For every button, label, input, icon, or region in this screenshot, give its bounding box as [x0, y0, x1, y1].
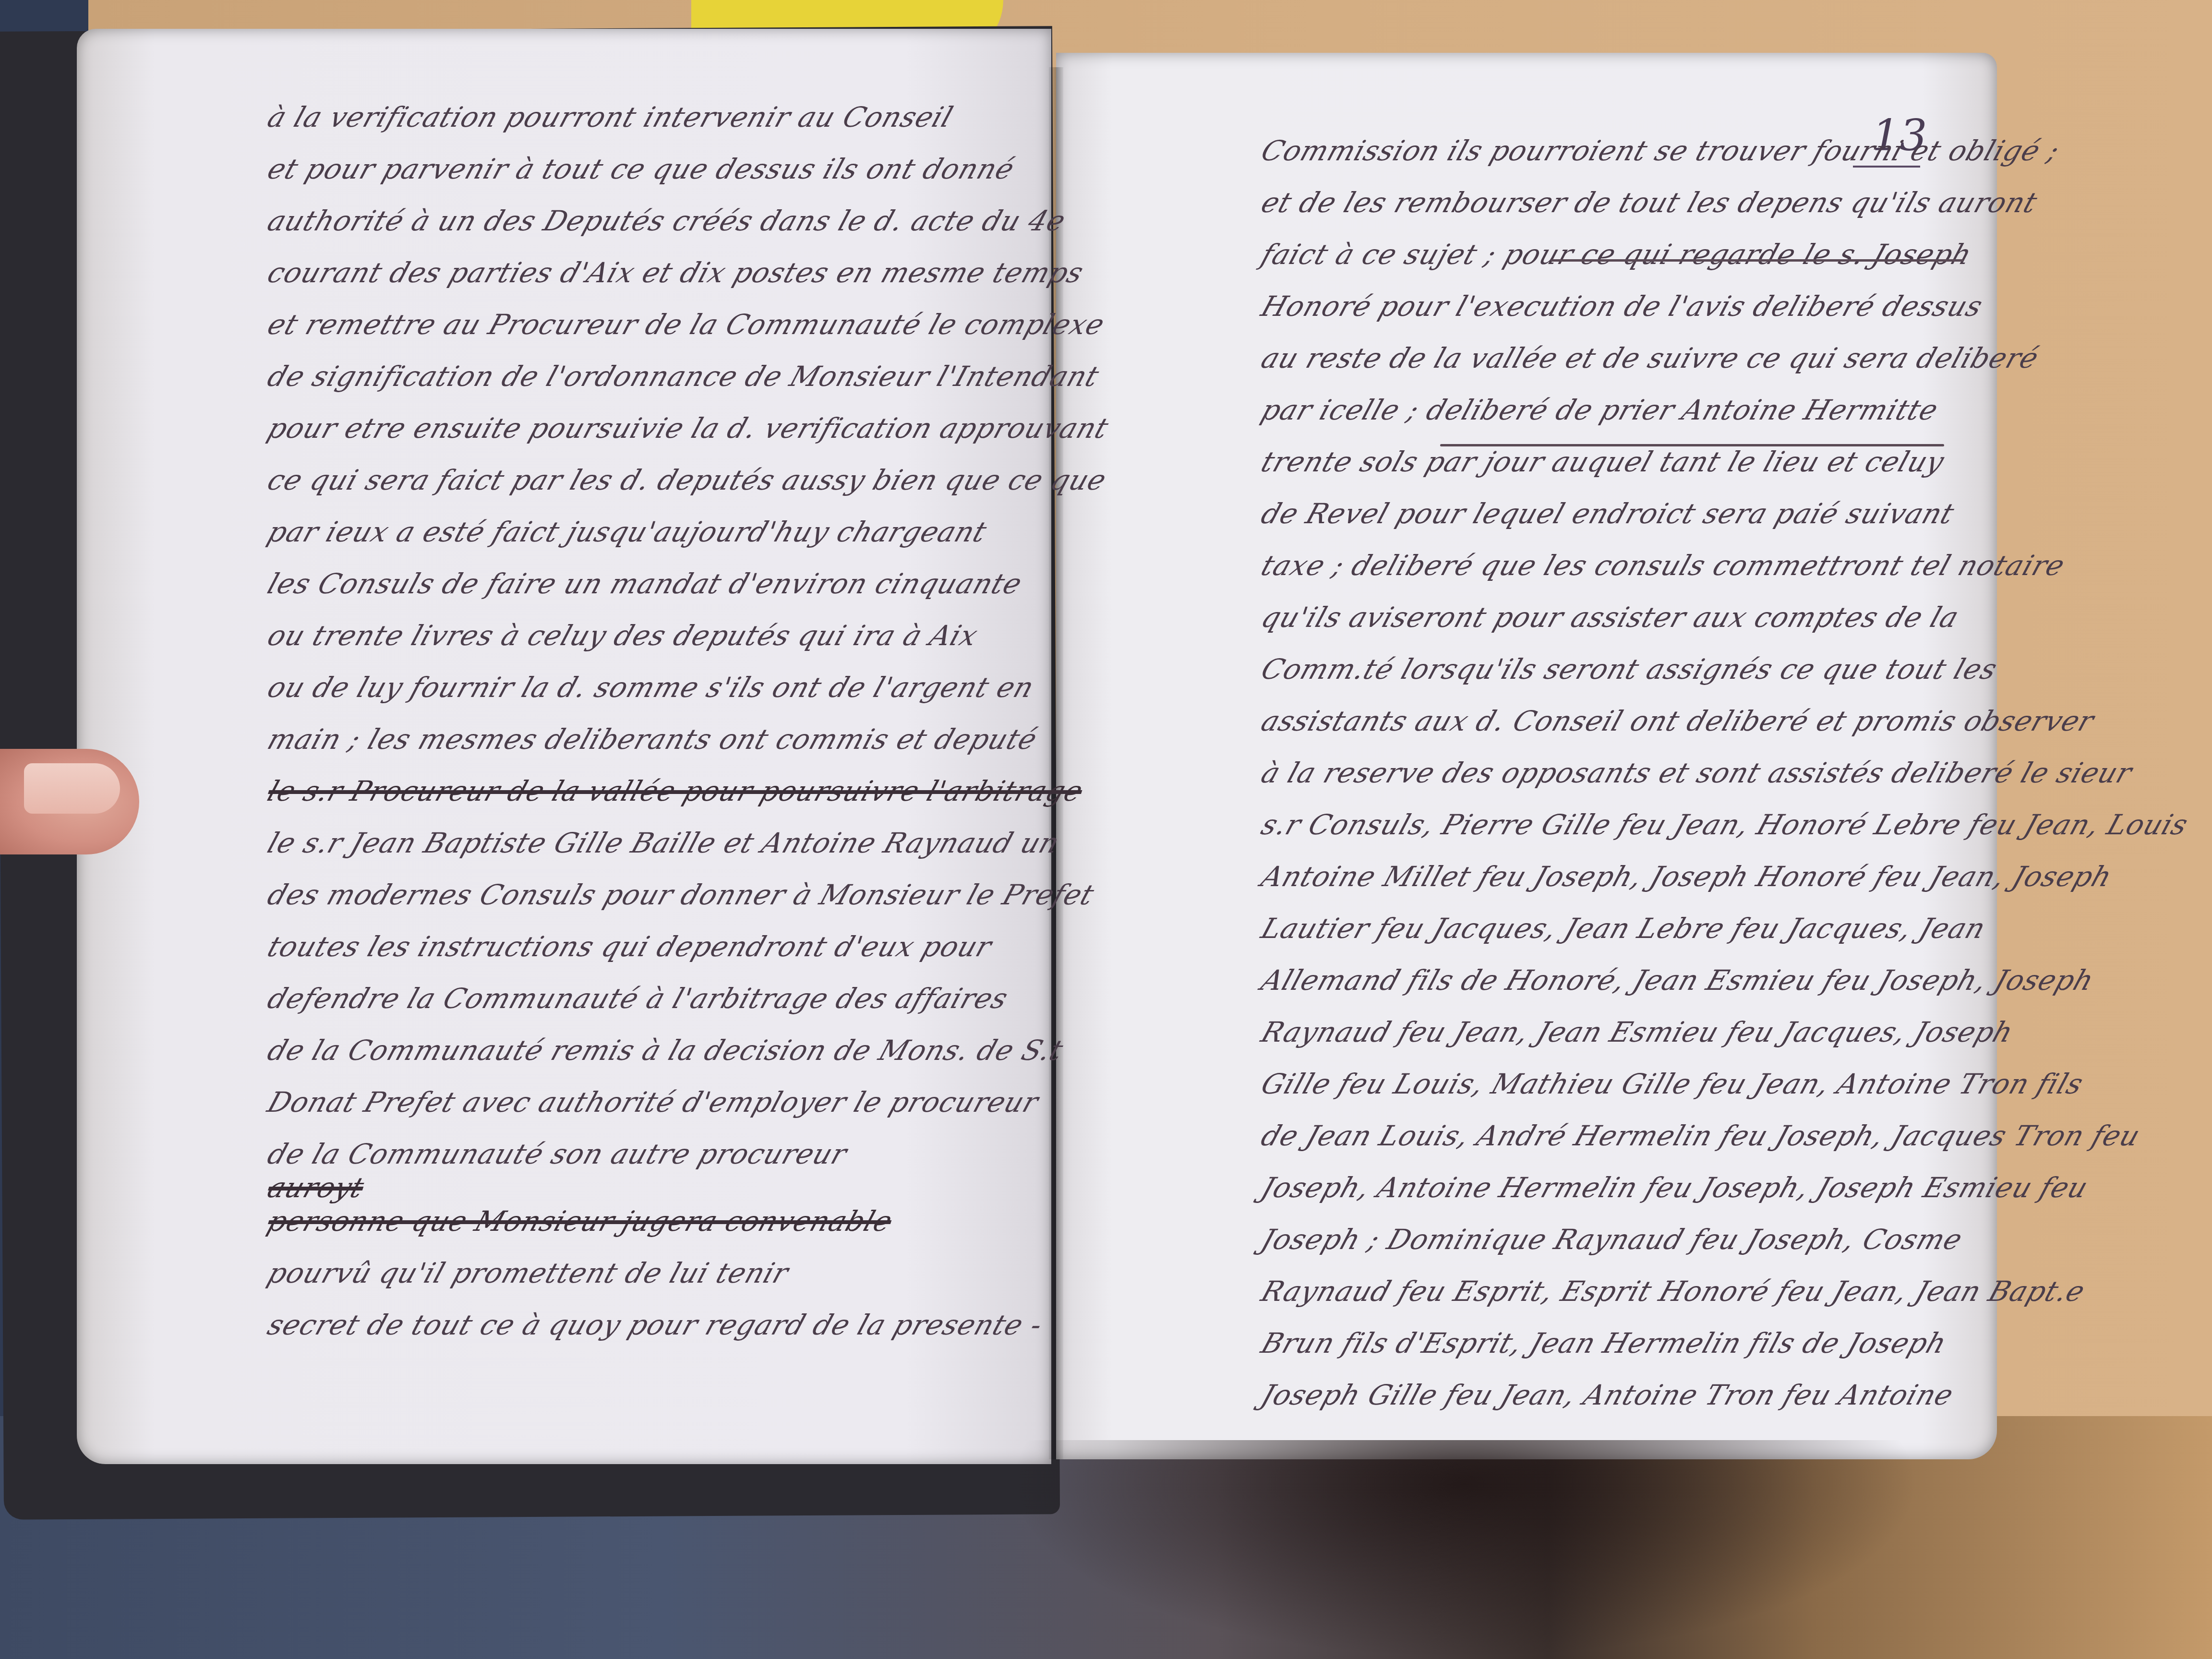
handwritten-line: faict à ce sujet ; pour ce qui regarde l…: [1257, 238, 1976, 271]
ink-underline: [1440, 444, 1944, 446]
handwritten-line: de Jean Louis, André Hermelin feu Joseph…: [1257, 1119, 2144, 1152]
handwritten-line: de signification de l'ordonnance de Mons…: [264, 360, 1104, 393]
handwritten-line: taxe ; deliberé que les consuls commettr…: [1257, 549, 2069, 582]
handwritten-line: le s.r Jean Baptiste Gille Baille et Ant…: [264, 827, 1064, 859]
handwritten-line: de la Communauté son autre procureur: [264, 1138, 852, 1170]
handwritten-line: Honoré pour l'execution de l'avis delibe…: [1257, 290, 1987, 323]
handwritten-line: authorité à un des Deputés créés dans le…: [264, 204, 1070, 237]
handwritten-line: Lautier feu Jacques, Jean Lebre feu Jacq…: [1257, 912, 1990, 945]
handwritten-line: à la reserve des opposants et sont assis…: [1257, 757, 2137, 789]
handwritten-line: de Revel pour lequel endroict sera paié …: [1257, 497, 1959, 530]
handwritten-line: Raynaud feu Jean, Jean Esmieu feu Jacque…: [1257, 1016, 2018, 1048]
handwritten-line: main ; les mesmes deliberants ont commis…: [264, 723, 1042, 756]
handwritten-line: Antoine Millet feu Joseph, Joseph Honoré…: [1257, 860, 2116, 893]
struck-handwritten-line: auroyt: [264, 1171, 369, 1204]
handwritten-line: de la Communauté remis à la decision de …: [264, 1034, 1068, 1067]
handwritten-line: Allemand fils de Honoré, Jean Esmieu feu…: [1257, 964, 2098, 997]
handwritten-line: Brun fils d'Esprit, Jean Hermelin fils d…: [1257, 1327, 1951, 1359]
handwritten-line: des modernes Consuls pour donner à Monsi…: [264, 878, 1098, 911]
book-shadow: [1008, 1440, 1920, 1659]
thumbnail: [24, 763, 120, 814]
handwritten-line: s.r Consuls, Pierre Gille feu Jean, Hono…: [1257, 808, 2192, 841]
struck-handwritten-line: personne que Monsieur jugera convenable: [264, 1205, 897, 1238]
handwritten-line: et remettre au Procureur de la Communaut…: [264, 308, 1109, 341]
handwritten-line: pourvû qu'il promettent de lui tenir: [264, 1257, 793, 1289]
handwritten-line: au reste de la vallée et de suivre ce qu…: [1257, 342, 2043, 374]
handwritten-line: les Consuls de faire un mandat d'environ…: [264, 567, 1026, 600]
handwritten-line: et de les rembourser de tout les depens …: [1257, 186, 2042, 219]
handwritten-line: Gille feu Louis, Mathieu Gille feu Jean,…: [1257, 1068, 2088, 1100]
handwritten-line: Commission ils pourroient se trouver fou…: [1257, 134, 2064, 167]
handwritten-line: defendre la Communauté à l'arbitrage des…: [264, 982, 1012, 1015]
handwritten-line: trente sols par jour auquel tant le lieu…: [1257, 445, 1948, 478]
handwritten-line: qu'ils aviseront pour assister aux compt…: [1257, 601, 1963, 634]
struck-handwritten-line: le s.r Procureur de la vallée pour pours…: [264, 775, 1087, 807]
handwritten-line: assistants aux d. Conseil ont deliberé e…: [1257, 705, 2098, 737]
handwritten-line: courant des parties d'Aix et dix postes …: [264, 256, 1088, 289]
handwritten-line: Joseph, Antoine Hermelin feu Joseph, Jos…: [1257, 1171, 2092, 1204]
handwritten-line: par ieux a esté faict jusqu'aujourd'huy …: [264, 516, 991, 548]
handwritten-line: Donat Prefet avec authorité d'employer l…: [264, 1086, 1043, 1118]
handwritten-line: Joseph ; Dominique Raynaud feu Joseph, C…: [1257, 1223, 1967, 1256]
handwritten-line: secret de tout ce à quoy pour regard de …: [264, 1309, 1047, 1341]
handwritten-line: ou de luy fournir la d. somme s'ils ont …: [264, 671, 1038, 704]
ink-underline: [1551, 259, 1963, 262]
handwritten-line: toutes les instructions qui dependront d…: [264, 930, 996, 963]
handwritten-line: pour etre ensuite poursuivie la d. verif…: [264, 412, 1113, 445]
handwritten-line: et pour parvenir à tout ce que dessus il…: [264, 153, 1019, 185]
handwritten-line: Joseph Gille feu Jean, Antoine Tron feu …: [1257, 1379, 1958, 1411]
handwritten-line: ce qui sera faict par les d. deputés aus…: [264, 464, 1111, 496]
handwritten-line: ou trente livres à celuy des deputés qui…: [264, 619, 982, 652]
handwritten-line: à la verification pourront intervenir au…: [264, 101, 957, 133]
handwritten-line: Comm.té lorsqu'ils seront assignés ce qu…: [1257, 653, 2002, 685]
handwritten-line: Raynaud feu Esprit, Esprit Honoré feu Je…: [1257, 1275, 2089, 1308]
handwritten-line: par icelle ; deliberé de prier Antoine H…: [1257, 394, 1943, 426]
